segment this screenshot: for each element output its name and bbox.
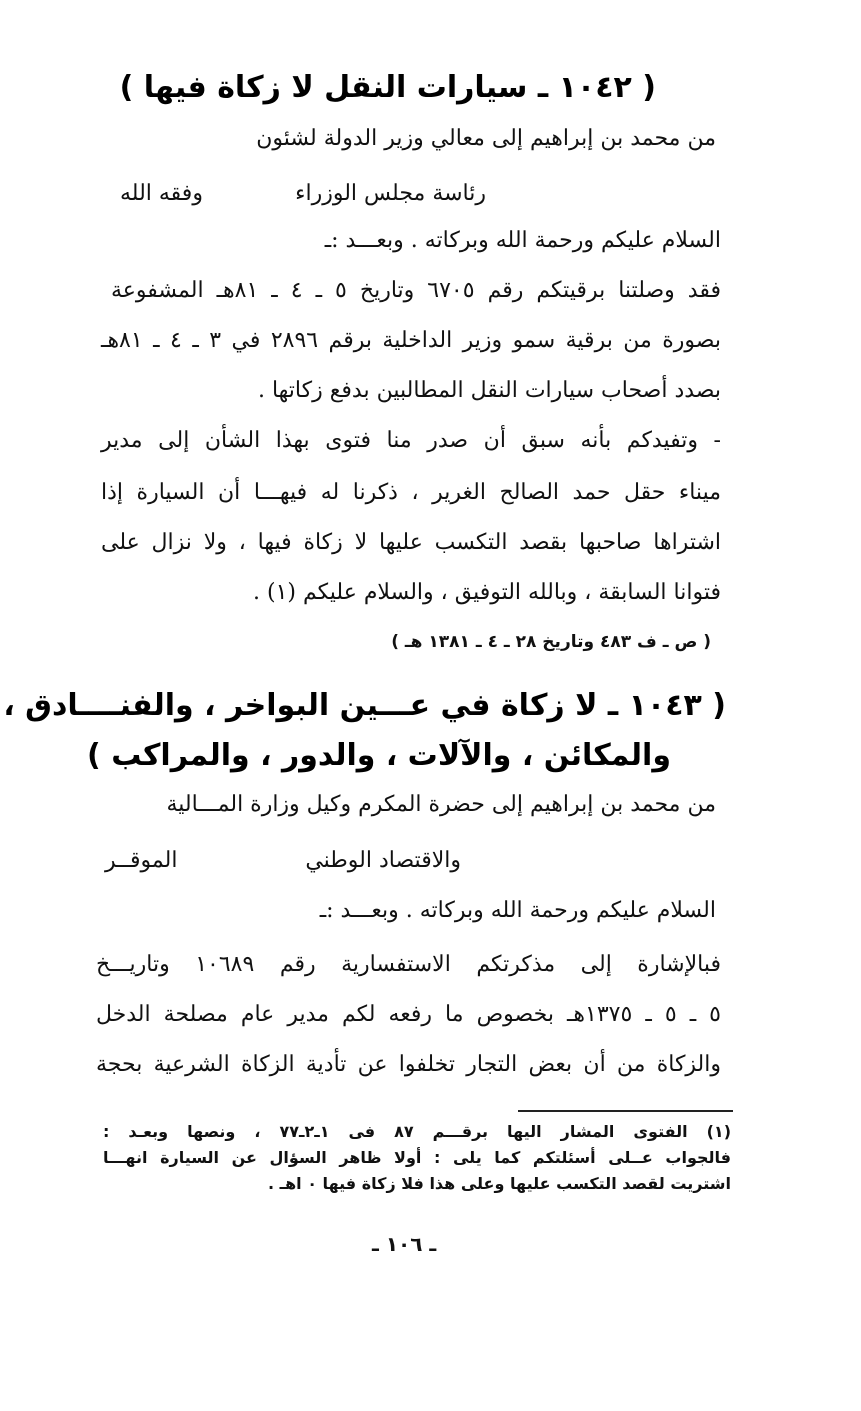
paragraph-line: اشتراها صاحبها بقصد التكسب عليها لا زكاة… [101,530,721,555]
addressee-honorific: وفقه الله [120,181,203,206]
greeting: السلام عليكم ورحمة الله وبركاته . وبعـــ… [320,898,716,923]
footnote-line: فالجواب عــلى أسئلتكم كما يلى : أولا ظاه… [103,1148,731,1167]
page-number: ـ ١٠٦ ـ [372,1232,436,1256]
footnote-line: (١) الفتوى المشار اليها برقـــم ٨٧ فى ١ـ… [103,1122,731,1141]
footnote-divider [518,1110,733,1112]
letter-from-line: من محمد بن إبراهيم إلى حضرة المكرم وكيل … [166,792,716,817]
paragraph-line: فتوانا السابقة ، وبالله التوفيق ، والسلا… [253,580,721,605]
paragraph-line: ميناء حقل حمد الصالح الغرير ، ذكرنا له ف… [101,480,721,505]
paragraph-line: بصورة من برقية سمو وزير الداخلية برقم ٢٨… [101,328,721,353]
section-title-1042: ( ١٠٤٢ ـ سيارات النقل لا زكاة فيها ) [120,70,656,105]
footnote-line: اشتريت لقصد التكسب عليها وعلى هذا فلا زك… [268,1174,731,1193]
addressee-name: رئاسة مجلس الوزراء [295,181,486,206]
paragraph-line: فبالإشارة إلى مذكرتكم الاستفسارية رقم ١٠… [96,952,721,977]
paragraph-line: والزكاة من أن بعض التجار تخلفوا عن تأدية… [96,1052,721,1077]
section-title-1043-line1: ( ١٠٤٣ ـ لا زكاة في عـــين البواخر ، وال… [3,688,726,723]
greeting: السلام عليكم ورحمة الله وبركاته . وبعـــ… [325,228,721,253]
document-page: ( ١٠٤٢ ـ سيارات النقل لا زكاة فيها ) من … [0,0,861,1411]
reference-citation: ( ص ـ ف ٤٨٣ وتاريخ ٢٨ ـ ٤ ـ ١٣٨١ هـ ) [391,632,711,652]
addressee-name: والاقتصاد الوطني [305,848,461,873]
paragraph-line: بصدد أصحاب سيارات النقل المطالبين بدفع ز… [258,378,721,403]
paragraph-line: - وتفيدكم بأنه سبق أن صدر منا فتوى بهذا … [101,428,721,453]
paragraph-line: ٥ ـ ٥ ـ ١٣٧٥هـ بخصوص ما رفعه لكم مدير عا… [96,1002,721,1027]
addressee-honorific: الموقــر [105,848,177,873]
paragraph-line: فقد وصلتنا برقيتكم رقم ٦٧٠٥ وتاريخ ٥ ـ ٤… [111,278,721,303]
letter-from-line: من محمد بن إبراهيم إلى معالي وزير الدولة… [256,126,716,151]
section-title-1043-line2: والمكائن ، والآلات ، والدور ، والمراكب ) [87,738,671,773]
